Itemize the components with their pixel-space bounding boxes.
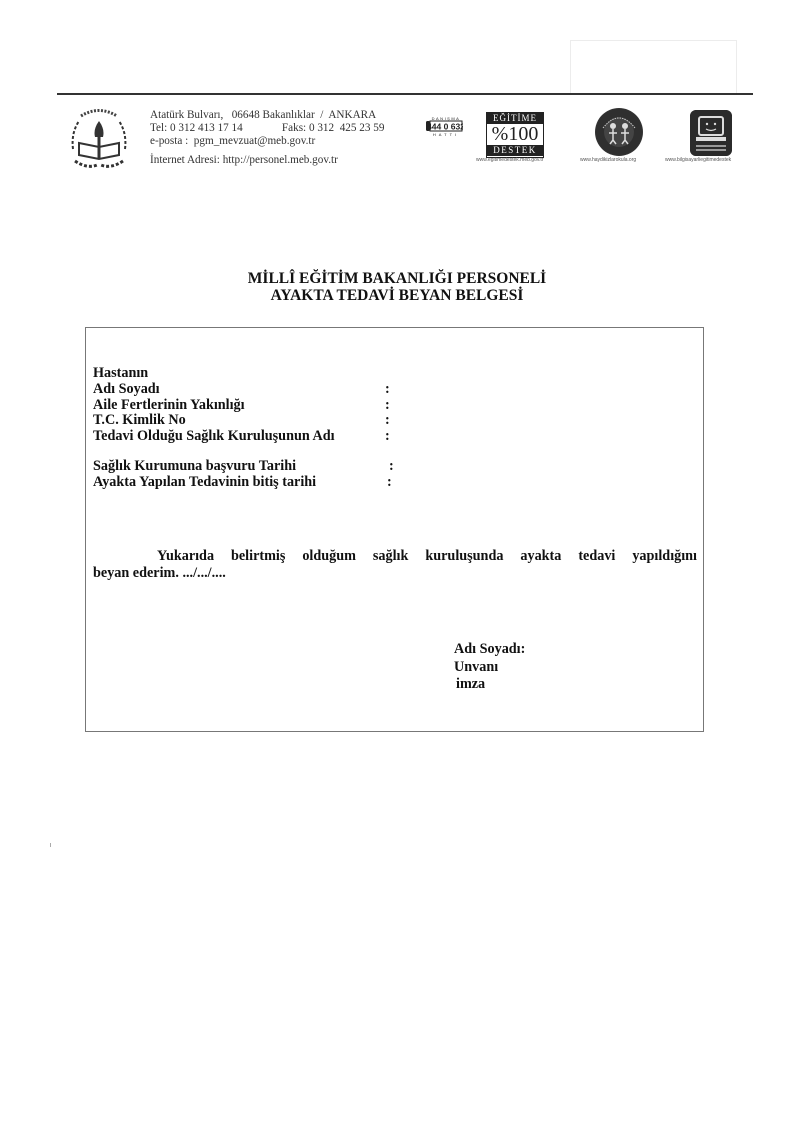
declaration-date[interactable]: beyan ederim. .../.../.... — [93, 565, 697, 582]
field-health-institution[interactable]: Tedavi Olduğu Sağlık Kuruluşunun Adı: — [93, 429, 335, 445]
url-egitimedestek: www.egitimedestek.meb.gov.tr — [476, 157, 543, 163]
signature-block: Adı Soyadı: Unvanı imza — [454, 641, 525, 694]
declaration-text: Yukarıda belirtmiş olduğum sağlık kurulu… — [93, 548, 697, 582]
address: Atatürk Bulvarı, 06648 Bakanlıklar / ANK… — [150, 109, 384, 122]
fax: Faks: 0 312 425 23 59 — [282, 122, 385, 134]
signature-label[interactable]: imza — [454, 676, 525, 694]
field-tc-id[interactable]: T.C. Kimlik No: — [93, 413, 335, 429]
section-heading: Hastanın — [93, 366, 335, 382]
title-line-1: MİLLÎ EĞİTİM BAKANLIĞI PERSONELİ — [0, 270, 794, 287]
field-application-date[interactable]: Sağlık Kurumuna başvuru Tarihi: — [93, 459, 335, 475]
field-family-relation[interactable]: Aile Fertlerinin Yakınlığı: — [93, 398, 335, 414]
email: e-posta : pgm_mevzuat@meb.gov.tr — [150, 135, 384, 148]
website: İnternet Adresi: http://personel.meb.gov… — [150, 154, 384, 167]
header-rule — [57, 93, 753, 95]
ministry-logo-icon — [63, 103, 135, 175]
url-haydikizlarokula: www.haydikizlarokula.org — [580, 157, 636, 163]
computer-education-logo-icon — [690, 110, 732, 156]
document-title: MİLLÎ EĞİTİM BAKANLIĞI PERSONELİ AYAKTA … — [0, 270, 794, 304]
svg-text:DANIŞMA: DANIŞMA — [432, 116, 461, 121]
svg-text:444 0 632: 444 0 632 — [427, 122, 463, 132]
phone: Tel: 0 312 413 17 14 — [150, 122, 243, 134]
patient-fields: Hastanın Adı Soyadı: Aile Fertlerinin Ya… — [93, 366, 335, 491]
field-name[interactable]: Adı Soyadı: — [93, 382, 335, 398]
scan-mark — [50, 843, 51, 847]
stamp-area — [570, 40, 737, 94]
contact-block: Atatürk Bulvarı, 06648 Bakanlıklar / ANK… — [150, 109, 384, 167]
svg-text:HATTI: HATTI — [433, 132, 459, 137]
egitime-destek-logo: EĞİTİME %100 DESTEK — [486, 112, 544, 158]
haydi-kizlar-okula-logo-icon — [595, 108, 643, 156]
phone-hotline-badge-icon: DANIŞMA 444 0 632 HATTI — [425, 115, 463, 137]
signer-name-label[interactable]: Adı Soyadı: — [454, 641, 525, 659]
signer-title-label[interactable]: Unvanı — [454, 659, 525, 677]
field-treatment-end-date[interactable]: Ayakta Yapılan Tedavinin bitiş tarihi: — [93, 475, 335, 491]
url-bilgisayarliegitim: www.bilgisayarliegitimedestek — [665, 157, 731, 163]
title-line-2: AYAKTA TEDAVİ BEYAN BELGESİ — [0, 287, 794, 304]
